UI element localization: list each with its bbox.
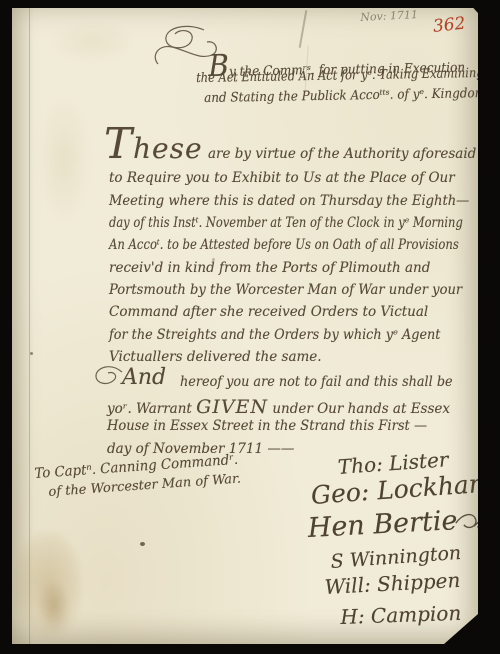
given-word: GIVEN [196, 396, 268, 418]
left-foxing-stain [38, 94, 90, 224]
body-line: Command after she received Orders to Vic… [109, 304, 428, 321]
folio-number: 362 [432, 14, 466, 39]
closing-line2-pre: yoʳ. Warrant [107, 401, 196, 417]
closing-line: hereof you are not to fail and this shal… [180, 374, 453, 391]
top-left-smudge [48, 22, 138, 62]
body-line: day of this Instᵗ. November at Ten of th… [109, 215, 463, 232]
ink-speck [140, 542, 145, 546]
document-photo: Nov: 1711 362 By the Commʳˢ. for putting… [0, 0, 500, 654]
bottom-left-stain [14, 530, 82, 640]
header-line-3: and Stating the Publick Accoᵗᵗˢ. of yᵉ. … [204, 86, 500, 107]
manuscript-page: Nov: 1711 362 By the Commʳˢ. for putting… [12, 8, 478, 644]
signature-flourish-ornament [453, 509, 492, 535]
bottom-left-stain-dark [38, 580, 70, 632]
closing-line: yoʳ. Warrant GIVEN under Our hands at Es… [107, 396, 450, 420]
body-opening-word: These [104, 118, 203, 171]
body-line: are by virtue of the Authority aforesaid [208, 146, 476, 163]
body-line: to Require you to Exhibit to Us at the P… [109, 170, 455, 187]
closing-line2-post: under Our hands at Essex [268, 401, 450, 417]
and-curl-ornament [92, 364, 126, 390]
signature-h-campion: H: Campion [340, 601, 462, 630]
body-line: receiv'd in kind from the Ports of Plimo… [109, 260, 430, 277]
body-line: Portsmouth by the Worcester Man of War u… [109, 282, 462, 299]
body-line: An Accoᵗ. to be Attested before Us on Oa… [109, 237, 459, 254]
signature-hen-bertie-text: Hen Bertie [307, 505, 458, 544]
pencil-date-annotation: Nov: 1711 [360, 8, 418, 25]
body-line: for the Streights and the Orders by whic… [109, 327, 440, 344]
ink-speck [30, 352, 33, 355]
closing-line: House in Essex Street in the Strand this… [107, 418, 427, 435]
body-line: Meeting where this is dated on Thursday … [109, 193, 469, 210]
closing-opening-word: And [122, 364, 166, 392]
left-fold-crease [29, 8, 30, 644]
top-crease-mark [299, 10, 307, 48]
